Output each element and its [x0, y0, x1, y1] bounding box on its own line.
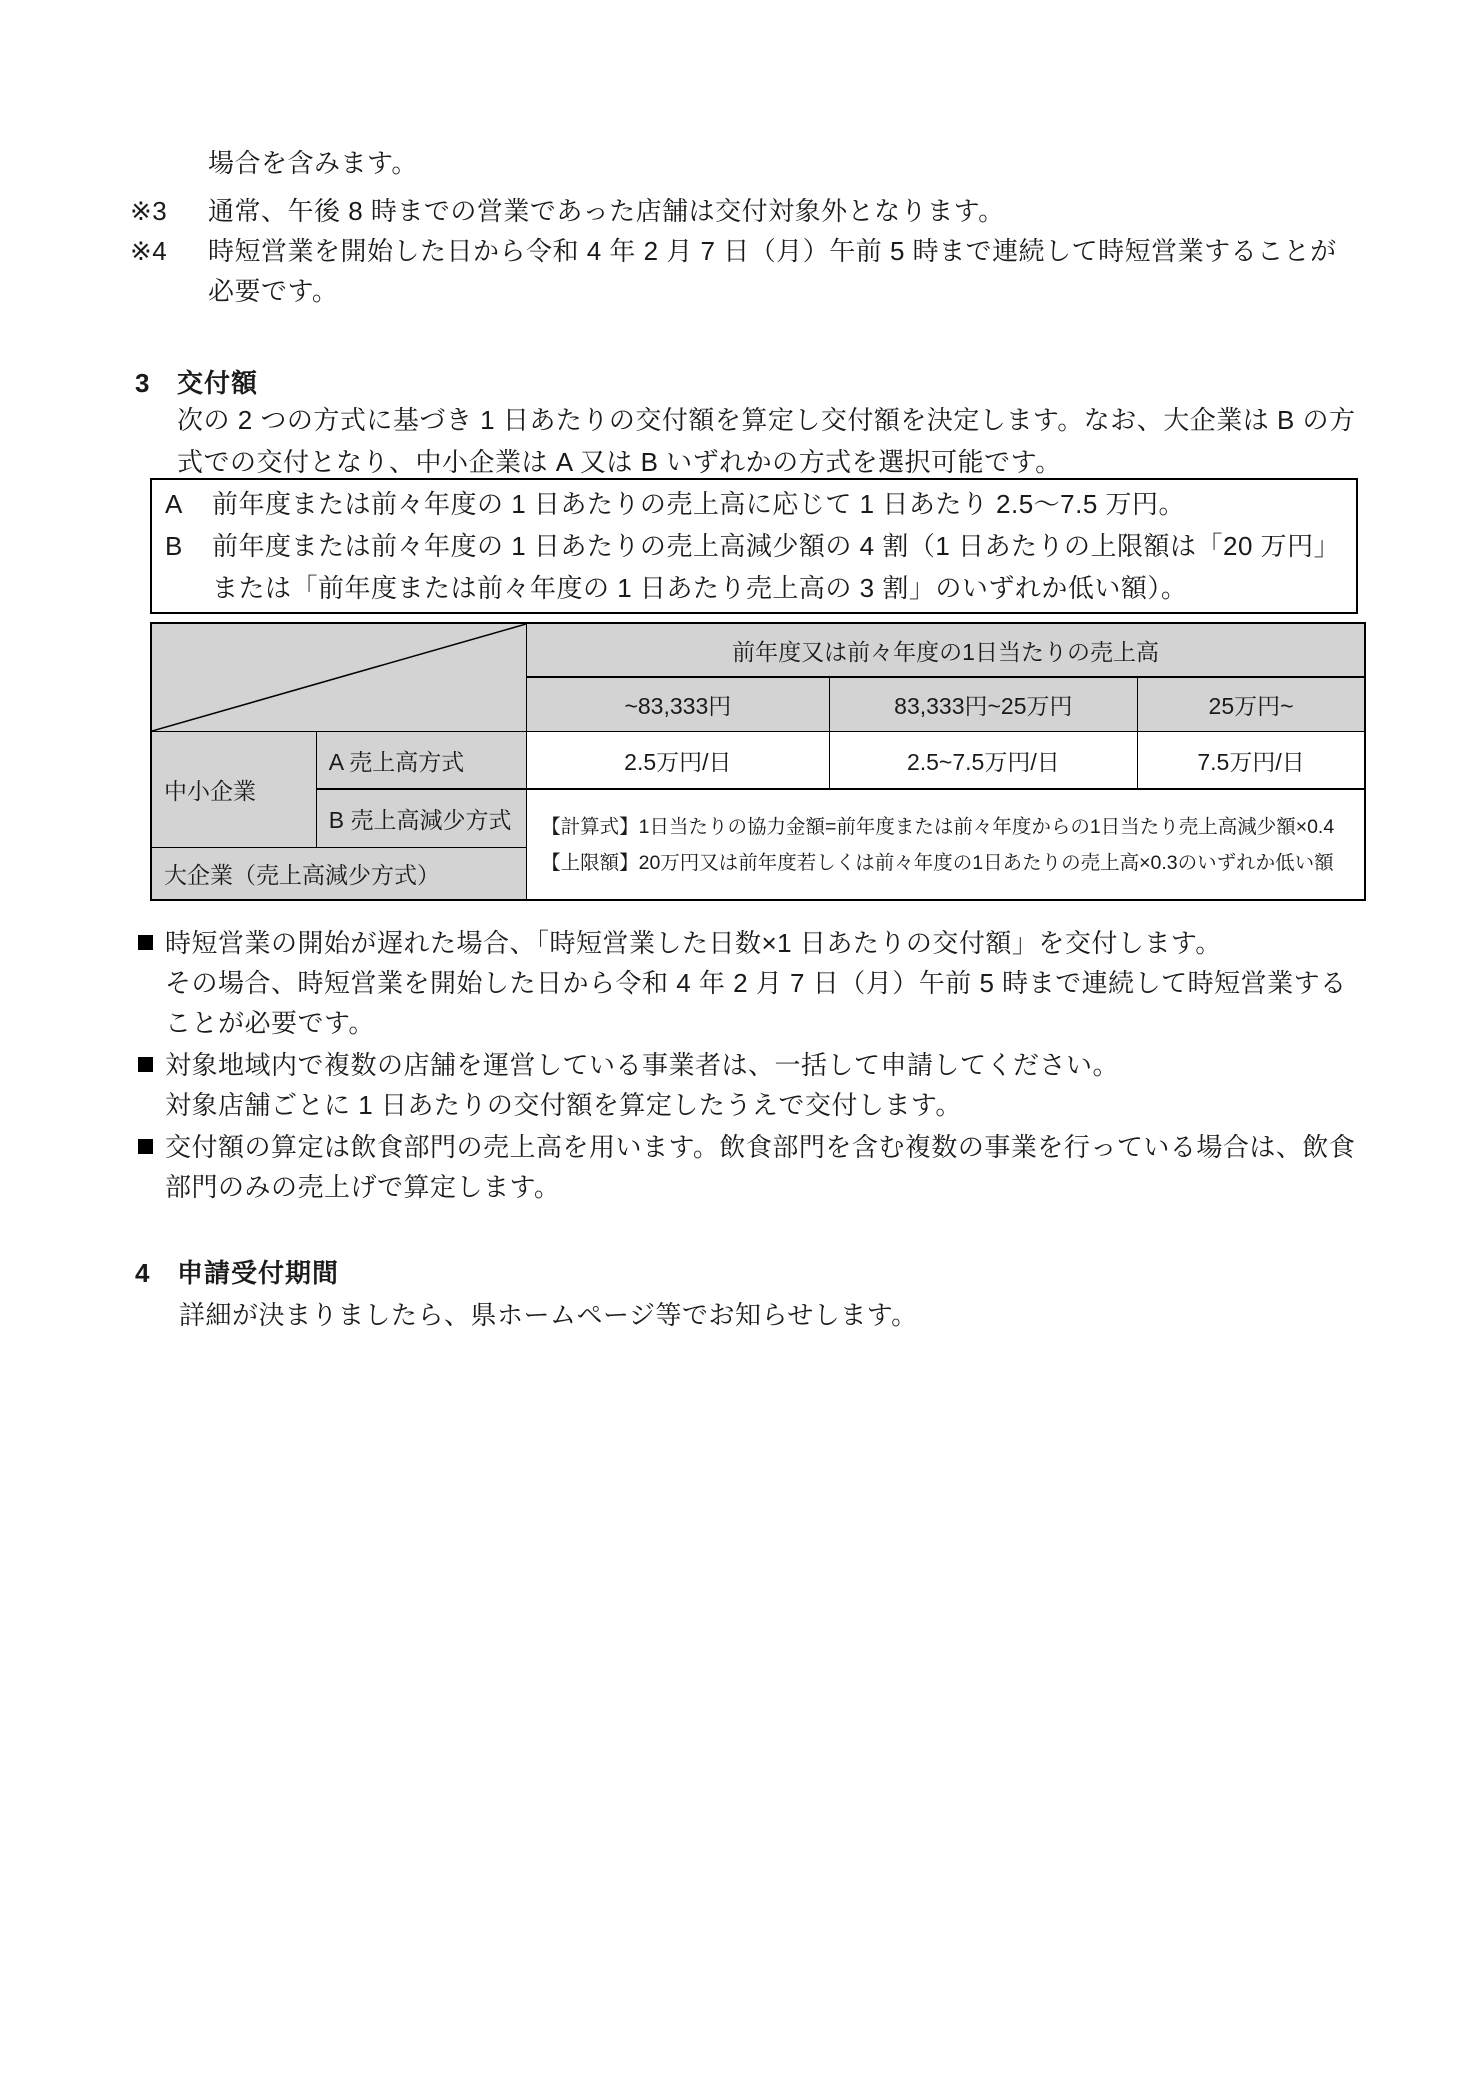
- bullet-1-line-2: その場合、時短営業を開始した日から令和 4 年 2 月 7 日（月）午前 5 時…: [165, 963, 1359, 1043]
- diagonal-divider-icon: [152, 624, 526, 731]
- table-range-1: ~83,333円: [527, 677, 829, 732]
- table-value-a3: 7.5万円/日: [1138, 732, 1365, 790]
- section-3-intro: 次の 2 つの方式に基づき 1 日あたりの交付額を算定し交付額を決定します。なお…: [177, 399, 1357, 483]
- table-method-b-cell: B 売上高減少方式: [316, 789, 526, 848]
- section-4-body: 詳細が決まりましたら、県ホームページ等でお知らせします。: [179, 1295, 1357, 1335]
- bullet-square-icon: [138, 1139, 153, 1154]
- bullet-square-icon: [138, 1057, 153, 1072]
- note-4-text: 時短営業を開始した日から令和 4 年 2 月 7 日（月）午前 5 時まで連続し…: [208, 231, 1359, 311]
- continuation-line: 場合を含みます。: [208, 143, 1359, 183]
- bullet-1-text: 時短営業の開始が遅れた場合、「時短営業した日数×1 日あたりの交付額」を交付しま…: [165, 923, 1359, 1043]
- note-4: ※4 時短営業を開始した日から令和 4 年 2 月 7 日（月）午前 5 時まで…: [130, 231, 1359, 311]
- bullet-3-line-1: 交付額の算定は飲食部門の売上高を用います。飲食部門を含む複数の事業を行っている場…: [165, 1127, 1359, 1207]
- table-large-company-cell: 大企業（売上高減少方式）: [151, 848, 527, 901]
- table-value-a2: 2.5~7.5万円/日: [829, 732, 1138, 790]
- method-box: A 前年度または前々年度の 1 日あたりの売上高に応じて 1 日あたり 2.5～…: [150, 478, 1358, 614]
- method-a-label: A: [152, 483, 212, 525]
- table-header-sales: 前年度又は前々年度の1日当たりの売上高: [527, 623, 1365, 677]
- method-b-item: B 前年度または前々年度の 1 日あたりの売上高減少額の 4 割（1 日あたりの…: [152, 525, 1356, 609]
- section-3-heading: 3 交付額: [135, 363, 1469, 403]
- section-3-title: 交付額: [177, 363, 258, 403]
- bullet-item-2: 対象地域内で複数の店舗を運営している事業者は、一括して申請してください。 対象店…: [138, 1045, 1359, 1125]
- table-diagonal-cell: [151, 623, 527, 732]
- note-3-text: 通常、午後 8 時までの営業であった店舗は交付対象外となります。: [208, 191, 1359, 231]
- bullet-1-line-1: 時短営業の開始が遅れた場合、「時短営業した日数×1 日あたりの交付額」を交付しま…: [165, 923, 1359, 963]
- note-4-marker: ※4: [130, 231, 208, 271]
- table-small-company-cell: 中小企業: [151, 732, 316, 848]
- section-4-title: 申請受付期間: [177, 1253, 339, 1293]
- bullet-2-line-2: 対象店舗ごとに 1 日あたりの交付額を算定したうえで交付します。: [165, 1085, 1359, 1125]
- method-a-text: 前年度または前々年度の 1 日あたりの売上高に応じて 1 日あたり 2.5～7.…: [212, 483, 1356, 525]
- section-3-number: 3: [135, 363, 177, 403]
- bullet-square-icon: [138, 935, 153, 950]
- document-content: 場合を含みます。 ※3 通常、午後 8 時までの営業であった店舗は交付対象外とな…: [0, 143, 1469, 1335]
- bullet-item-3: 交付額の算定は飲食部門の売上高を用います。飲食部門を含む複数の事業を行っている場…: [138, 1127, 1359, 1207]
- note-3-marker: ※3: [130, 191, 208, 231]
- subsidy-table: 前年度又は前々年度の1日当たりの売上高 ~83,333円 83,333円~25万…: [150, 622, 1366, 901]
- table-formula-cell: 【計算式】1日当たりの協力金額=前年度または前々年度からの1日当たり売上高減少額…: [527, 789, 1365, 900]
- method-b-text: 前年度または前々年度の 1 日あたりの売上高減少額の 4 割（1 日あたりの上限…: [212, 525, 1356, 609]
- table-method-a-cell: A 売上高方式: [316, 732, 526, 790]
- method-b-label: B: [152, 525, 212, 567]
- formula-cap: 【上限額】20万円又は前年度若しくは前々年度の1日あたりの売上高×0.3のいずれ…: [541, 845, 1358, 881]
- bullet-3-text: 交付額の算定は飲食部門の売上高を用います。飲食部門を含む複数の事業を行っている場…: [165, 1127, 1359, 1207]
- document-page: 場合を含みます。 ※3 通常、午後 8 時までの営業であった店舗は交付対象外とな…: [0, 0, 1469, 2084]
- method-a-item: A 前年度または前々年度の 1 日あたりの売上高に応じて 1 日あたり 2.5～…: [152, 483, 1356, 525]
- section-4-number: 4: [135, 1253, 177, 1293]
- formula-calculation: 【計算式】1日当たりの協力金額=前年度または前々年度からの1日当たり売上高減少額…: [541, 809, 1358, 845]
- note-3: ※3 通常、午後 8 時までの営業であった店舗は交付対象外となります。: [130, 191, 1359, 231]
- bullet-2-line-1: 対象地域内で複数の店舗を運営している事業者は、一括して申請してください。: [165, 1045, 1359, 1085]
- table-range-2: 83,333円~25万円: [829, 677, 1138, 732]
- bullet-list: 時短営業の開始が遅れた場合、「時短営業した日数×1 日あたりの交付額」を交付しま…: [0, 923, 1469, 1207]
- table-value-a1: 2.5万円/日: [527, 732, 829, 790]
- bullet-item-1: 時短営業の開始が遅れた場合、「時短営業した日数×1 日あたりの交付額」を交付しま…: [138, 923, 1359, 1043]
- table-range-3: 25万円~: [1138, 677, 1365, 732]
- section-4-heading: 4 申請受付期間: [135, 1253, 1469, 1293]
- bullet-2-text: 対象地域内で複数の店舗を運営している事業者は、一括して申請してください。 対象店…: [165, 1045, 1359, 1125]
